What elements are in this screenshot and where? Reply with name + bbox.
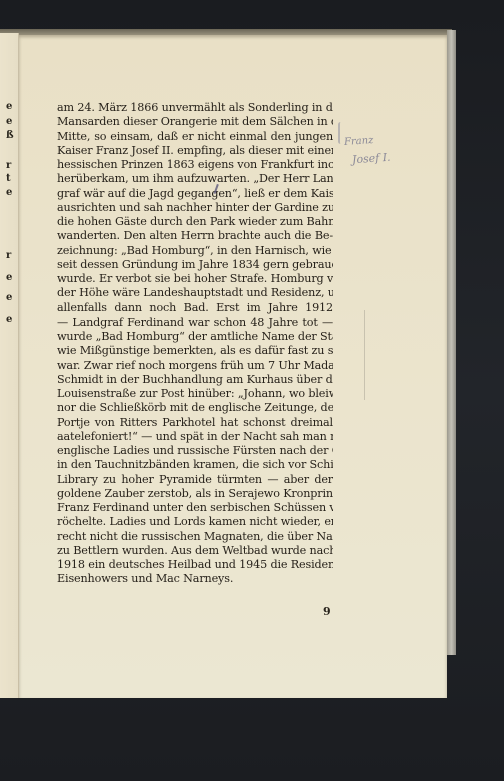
text-line: graf wär auf die Jagd gegangen“, ließ er… xyxy=(57,187,333,201)
text-line: Kaiser Franz Josef II. empfing, als dies… xyxy=(57,144,333,158)
text-line: Portje von Ritters Parkhotel hat schonst… xyxy=(57,416,333,430)
text-line: nor die Schließkörb mit de englische Zei… xyxy=(57,401,333,415)
left-facing-page-edge: e e ß r t e r e e e xyxy=(0,33,19,698)
edge-glyph: e xyxy=(6,188,12,198)
edge-glyph: e xyxy=(6,273,12,283)
text-line: wurde. Er verbot sie bei hoher Strafe. H… xyxy=(57,272,333,286)
page-block-edge xyxy=(447,30,456,655)
text-line: am 24. März 1866 unvermählt als Sonderli… xyxy=(57,101,333,115)
text-line: Mitte, so einsam, daß er nicht einmal de… xyxy=(57,130,333,144)
text-line: war. Zwar rief noch morgens früh um 7 Uh… xyxy=(57,359,333,373)
margin-annotation-line2: Josef I. xyxy=(352,151,391,167)
text-line: herüberkam, um ihm aufzuwarten. „Der Her… xyxy=(57,172,333,186)
text-line: zu Bettlern wurden. Aus dem Weltbad wurd… xyxy=(57,544,333,558)
text-line: Eisenhowers und Mac Narneys. xyxy=(57,572,333,586)
edge-glyph: r xyxy=(6,161,11,171)
text-line: Mansarden dieser Orangerie mit dem Sälch… xyxy=(57,115,333,129)
body-text: am 24. März 1866 unvermählt als Sonderli… xyxy=(57,101,333,587)
edge-glyph: e xyxy=(6,102,12,112)
edge-glyph: e xyxy=(6,293,12,303)
text-line: allenfalls dann noch Bad. Erst im Jahre … xyxy=(57,301,333,315)
text-line: englische Ladies und russische Fürsten n… xyxy=(57,444,333,458)
text-line: Schmidt in der Buchhandlung am Kurhaus ü… xyxy=(57,373,333,387)
edge-glyph: t xyxy=(6,174,11,184)
text-line: goldene Zauber zerstob, als in Serajewo … xyxy=(57,487,333,501)
edge-glyph: ß xyxy=(6,131,14,141)
text-line: wanderten. Den alten Herrn brachte auch … xyxy=(57,229,333,243)
pencil-margin-line xyxy=(364,310,365,400)
text-line: Franz Ferdinand unter den serbischen Sch… xyxy=(57,501,333,515)
edge-glyph: e xyxy=(6,315,12,325)
text-line: hessischen Prinzen 1863 eigens von Frank… xyxy=(57,158,333,172)
text-line: Louisenstraße zur Post hinüber: „Johann,… xyxy=(57,387,333,401)
text-line: aatelefoniert!“ — und spät in der Nacht … xyxy=(57,430,333,444)
text-line: wie Mißgünstige bemerkten, als es dafür … xyxy=(57,344,333,358)
pencil-bracket-mark xyxy=(338,122,343,144)
edge-glyph: e xyxy=(6,117,12,127)
text-line: recht nicht die russischen Magnaten, die… xyxy=(57,530,333,544)
text-line: Library zu hoher Pyramide türmten — aber… xyxy=(57,473,333,487)
text-line: ausrichten und sah nachher hinter der Ga… xyxy=(57,201,333,215)
text-line: die hohen Gäste durch den Park wieder zu… xyxy=(57,215,333,229)
text-line: wurde „Bad Homburg“ der amtliche Name de… xyxy=(57,330,333,344)
text-line: röchelte. Ladies und Lords kamen nicht w… xyxy=(57,515,333,529)
edge-glyph: r xyxy=(6,251,11,261)
margin-annotation-line1: Franz xyxy=(344,135,374,148)
text-line: in den Tauchnitzbänden kramen, die sich … xyxy=(57,458,333,472)
text-line: — Landgraf Ferdinand war schon 48 Jahre … xyxy=(57,316,333,330)
text-line: zeichnung: „Bad Homburg“, in den Harnisc… xyxy=(57,244,333,258)
text-line: 1918 ein deutsches Heilbad und 1945 die … xyxy=(57,558,333,572)
page-number: 9 xyxy=(323,605,331,618)
text-line: seit dessen Gründung im Jahre 1834 gern … xyxy=(57,258,333,272)
text-line: der Höhe wäre Landeshauptstadt und Resid… xyxy=(57,286,333,300)
